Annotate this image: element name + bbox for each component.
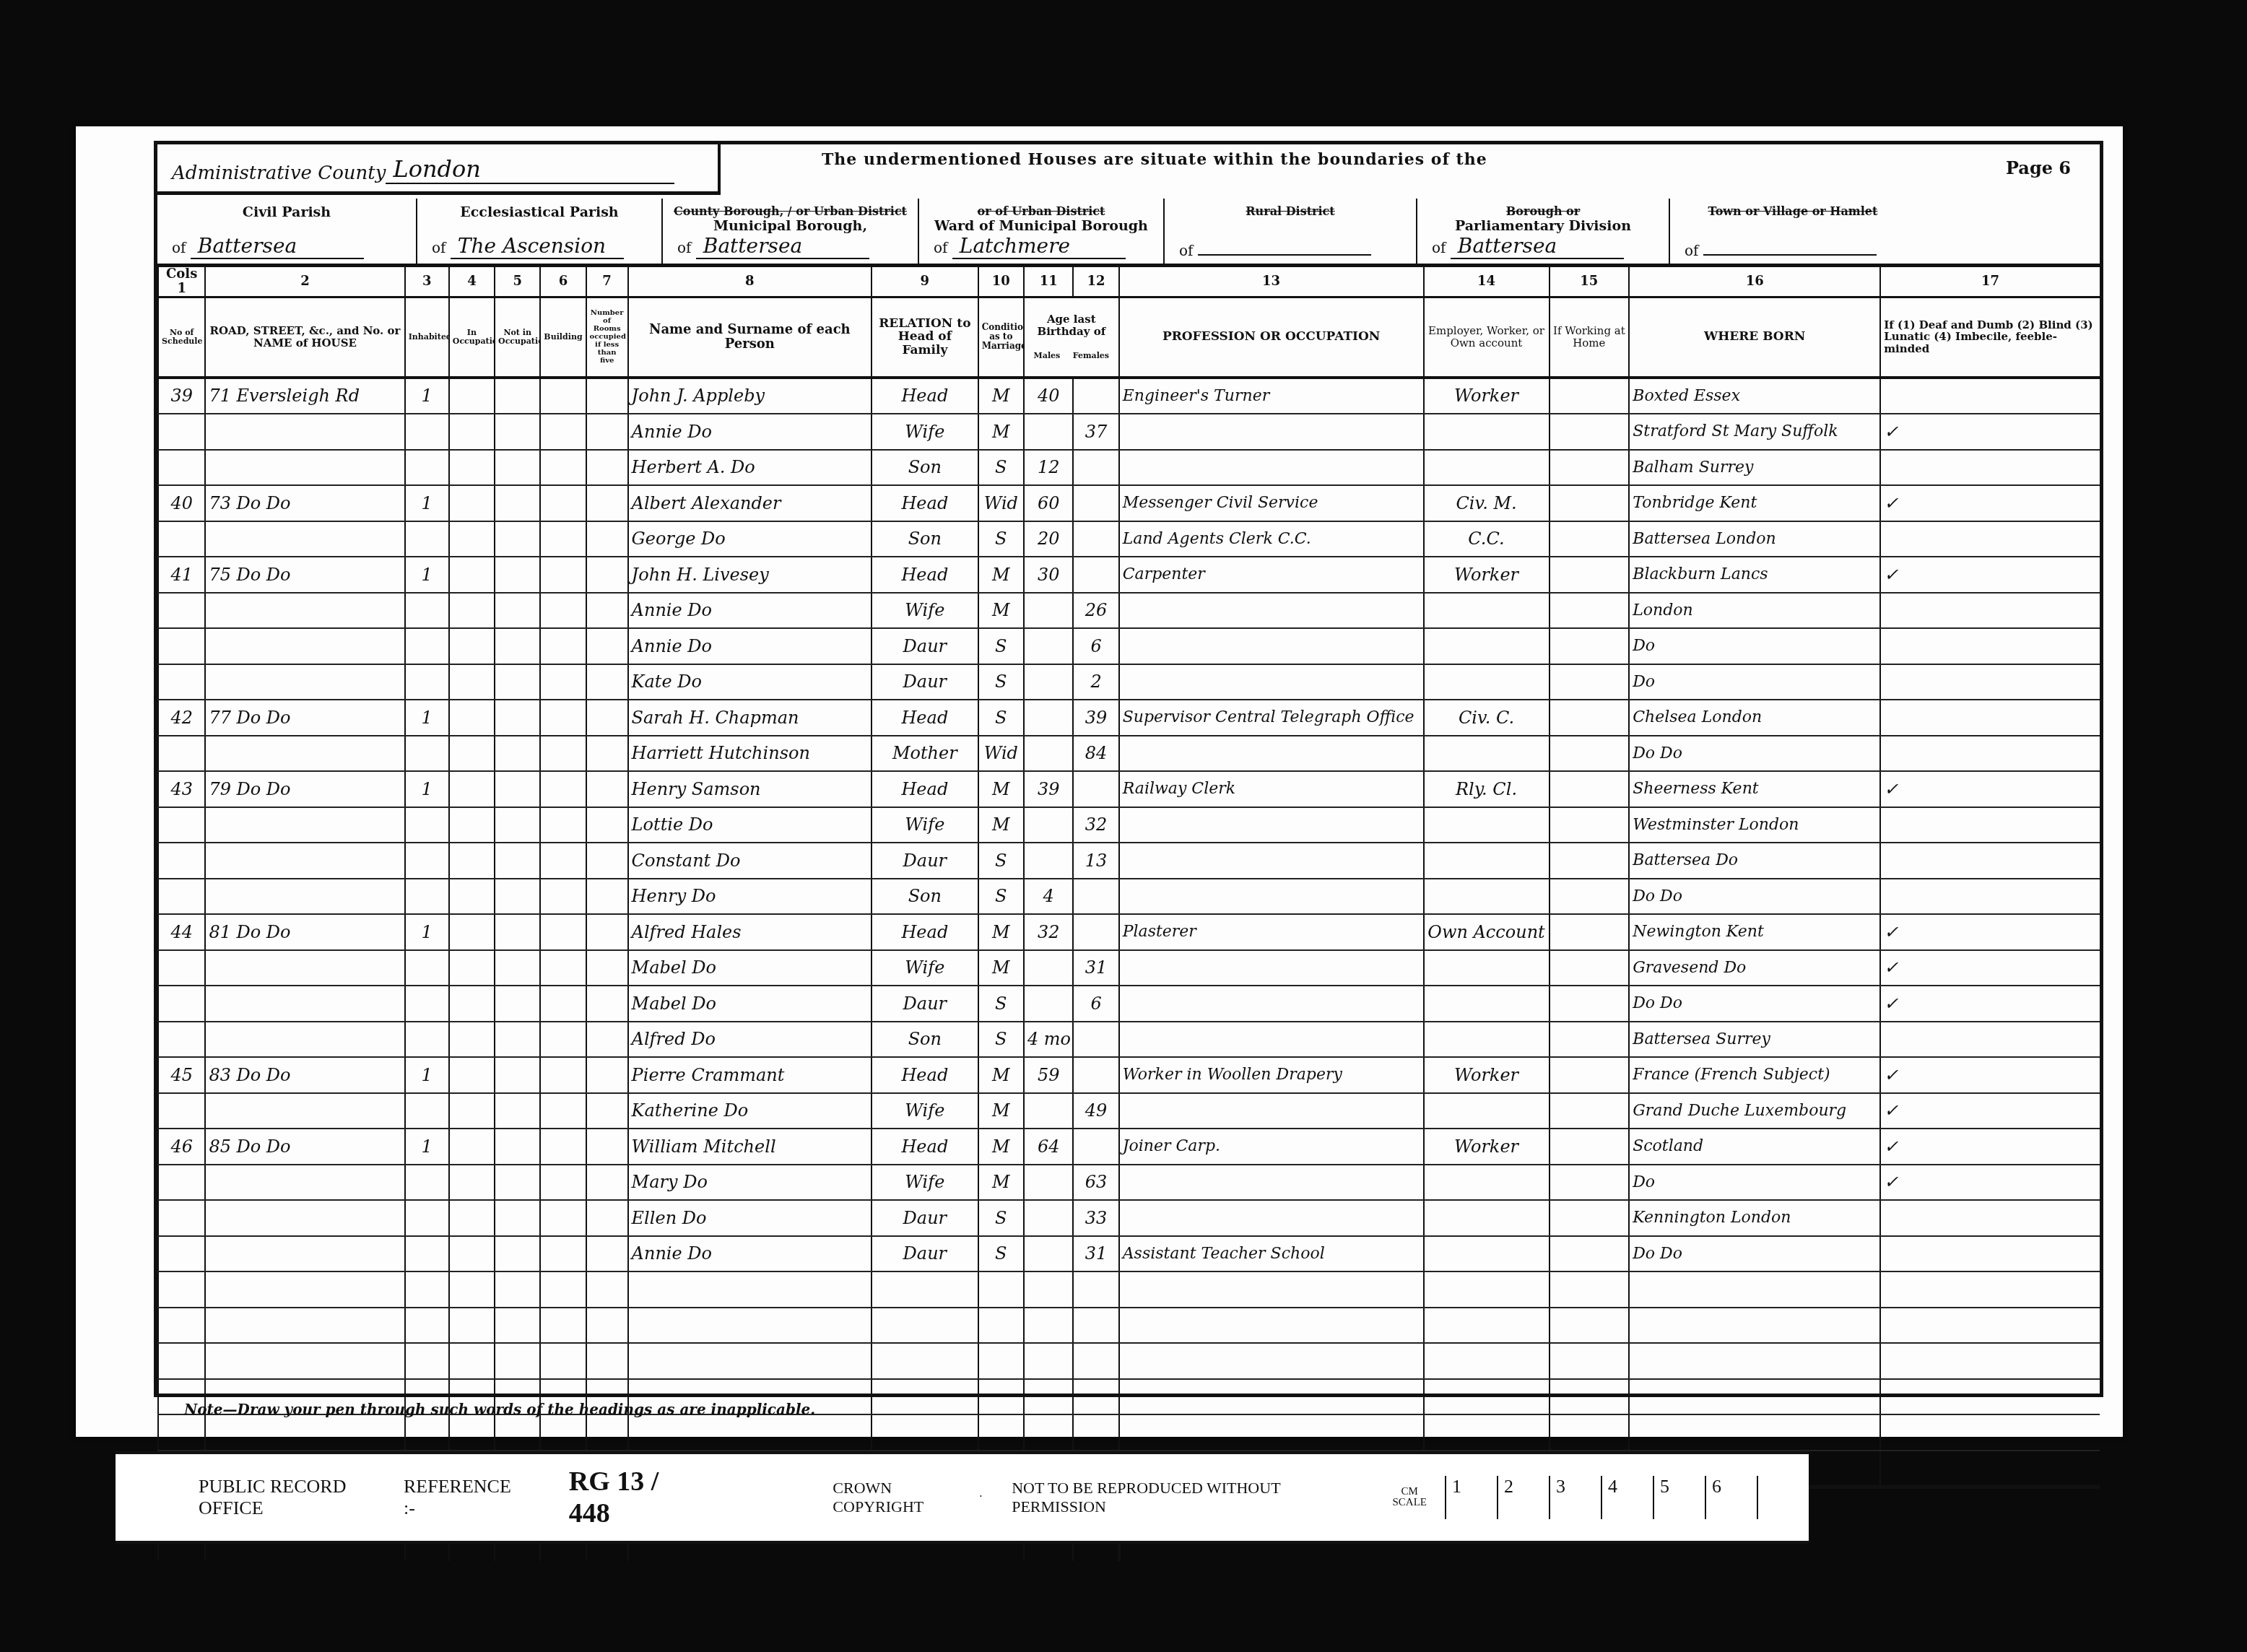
employment-status: Rly. Cl. bbox=[1424, 771, 1550, 807]
person-name: Katherine Do bbox=[628, 1093, 872, 1129]
building bbox=[540, 1022, 586, 1058]
infirmity: ✓ bbox=[1880, 914, 2100, 950]
employment-status: Civ. M. bbox=[1424, 485, 1550, 521]
working-at-home bbox=[1550, 736, 1630, 772]
birthplace: Battersea Surrey bbox=[1629, 1022, 1880, 1058]
building bbox=[540, 914, 586, 950]
person-name: Sarah H. Chapman bbox=[628, 700, 872, 736]
working-at-home bbox=[1550, 521, 1630, 557]
area-value: The Ascension bbox=[451, 234, 624, 259]
employment-status bbox=[1424, 1236, 1550, 1272]
working-at-home bbox=[1550, 1057, 1630, 1093]
male-age: 4 bbox=[1024, 879, 1074, 915]
area-2: County Borough, / or Urban DistrictMunic… bbox=[663, 199, 919, 264]
occupation bbox=[1119, 986, 1424, 1022]
building bbox=[540, 879, 586, 915]
male-age bbox=[1024, 593, 1074, 629]
birthplace: France (French Subject) bbox=[1629, 1057, 1880, 1093]
scale-mark: 2 bbox=[1497, 1476, 1549, 1519]
column-number: 10 bbox=[978, 267, 1024, 297]
female-age bbox=[1073, 378, 1118, 414]
schedule-number: 40 bbox=[158, 485, 205, 521]
address bbox=[205, 1236, 404, 1272]
male-age bbox=[1024, 1200, 1074, 1236]
rooms bbox=[586, 485, 628, 521]
male-age bbox=[1024, 414, 1074, 450]
occupation bbox=[1119, 450, 1424, 486]
employment-status: Worker bbox=[1424, 1129, 1550, 1165]
table-row: Henry DoSonS4Do Do bbox=[158, 879, 2100, 915]
building bbox=[540, 664, 586, 700]
table-row: Mabel DoDaurS6Do Do✓ bbox=[158, 986, 2100, 1022]
area-value: Latchmere bbox=[952, 234, 1126, 259]
employment-status bbox=[1424, 1022, 1550, 1058]
header-employer: Employer, Worker, or Own account bbox=[1424, 297, 1550, 378]
area-label: Parliamentary Division bbox=[1417, 218, 1669, 234]
working-at-home bbox=[1550, 378, 1630, 414]
schedule-number bbox=[158, 1271, 205, 1308]
rooms bbox=[586, 914, 628, 950]
column-number: 16 bbox=[1629, 267, 1880, 297]
address: 81 Do Do bbox=[205, 914, 404, 950]
employment-status bbox=[1424, 1093, 1550, 1129]
address bbox=[205, 879, 404, 915]
table-row: Annie DoDaurS31Assistant Teacher SchoolD… bbox=[158, 1236, 2100, 1272]
working-at-home bbox=[1550, 771, 1630, 807]
inhabited-count bbox=[405, 450, 449, 486]
inhabited-count bbox=[405, 593, 449, 629]
female-age bbox=[1073, 485, 1118, 521]
marital-condition: M bbox=[978, 1093, 1024, 1129]
address bbox=[205, 1308, 404, 1344]
marital-condition: M bbox=[978, 557, 1024, 593]
schedule-number: 41 bbox=[158, 557, 205, 593]
in-occupation bbox=[449, 950, 495, 986]
male-age: 4 mo bbox=[1024, 1022, 1074, 1058]
office-label: PUBLIC RECORD OFFICE bbox=[199, 1476, 364, 1519]
schedule-number bbox=[158, 807, 205, 843]
rooms bbox=[586, 1022, 628, 1058]
address bbox=[205, 414, 404, 450]
male-age: 20 bbox=[1024, 521, 1074, 557]
marital-condition: S bbox=[978, 1200, 1024, 1236]
in-occupation bbox=[449, 521, 495, 557]
birthplace bbox=[1629, 1271, 1880, 1308]
rooms bbox=[586, 807, 628, 843]
employment-status: C.C. bbox=[1424, 521, 1550, 557]
working-at-home bbox=[1550, 1343, 1630, 1379]
marital-condition bbox=[978, 1379, 1024, 1415]
birthplace: Westminster London bbox=[1629, 807, 1880, 843]
address bbox=[205, 593, 404, 629]
working-at-home bbox=[1550, 879, 1630, 915]
rooms bbox=[586, 378, 628, 414]
cm-scale: 123456 bbox=[1445, 1476, 1809, 1519]
table-row: Alfred DoSonS4 moBattersea Surrey bbox=[158, 1022, 2100, 1058]
employment-status bbox=[1424, 628, 1550, 664]
working-at-home bbox=[1550, 557, 1630, 593]
female-age bbox=[1073, 1308, 1118, 1344]
marital-condition bbox=[978, 1271, 1024, 1308]
table-row: 3971 Eversleigh Rd1John J. ApplebyHeadM4… bbox=[158, 378, 2100, 414]
column-number: 8 bbox=[628, 267, 872, 297]
area-label: Ward of Municipal Borough bbox=[919, 218, 1163, 234]
working-at-home bbox=[1550, 914, 1630, 950]
inhabited-count bbox=[405, 628, 449, 664]
not-in-occupation bbox=[495, 521, 540, 557]
building bbox=[540, 1200, 586, 1236]
marital-condition: S bbox=[978, 1236, 1024, 1272]
employment-status bbox=[1424, 879, 1550, 915]
in-occupation bbox=[449, 843, 495, 879]
not-in-occupation bbox=[495, 485, 540, 521]
area-4: Rural Districtof bbox=[1165, 199, 1417, 264]
rooms bbox=[586, 414, 628, 450]
occupation bbox=[1119, 950, 1424, 986]
relation bbox=[872, 1308, 978, 1344]
area-value bbox=[1703, 254, 1877, 256]
relation bbox=[872, 1379, 978, 1415]
employment-status bbox=[1424, 1343, 1550, 1379]
relation bbox=[872, 1271, 978, 1308]
address: 77 Do Do bbox=[205, 700, 404, 736]
building bbox=[540, 843, 586, 879]
person-name: Harriett Hutchinson bbox=[628, 736, 872, 772]
employment-status bbox=[1424, 1200, 1550, 1236]
column-number: 11 bbox=[1024, 267, 1074, 297]
header-building: Building bbox=[540, 297, 586, 378]
infirmity bbox=[1880, 807, 2100, 843]
header-age-label: Age last Birthday of bbox=[1027, 313, 1116, 337]
inhabited-count bbox=[405, 1022, 449, 1058]
infirmity: ✓ bbox=[1880, 485, 2100, 521]
birthplace bbox=[1629, 1379, 1880, 1415]
schedule-number bbox=[158, 736, 205, 772]
not-in-occupation bbox=[495, 1236, 540, 1272]
not-in-occupation bbox=[495, 1343, 540, 1379]
table-row: 4277 Do Do1Sarah H. ChapmanHeadS39Superv… bbox=[158, 700, 2100, 736]
male-age: 60 bbox=[1024, 485, 1074, 521]
in-occupation bbox=[449, 1200, 495, 1236]
not-in-occupation bbox=[495, 843, 540, 879]
person-name bbox=[628, 1414, 872, 1451]
inhabited-count bbox=[405, 1343, 449, 1379]
address bbox=[205, 986, 404, 1022]
relation: Head bbox=[872, 1129, 978, 1165]
in-occupation bbox=[449, 986, 495, 1022]
header-not-in-occupation: Not in Occupation bbox=[495, 297, 540, 378]
table-row: 4583 Do Do1Pierre CrammantHeadM59Worker … bbox=[158, 1057, 2100, 1093]
marital-condition: M bbox=[978, 771, 1024, 807]
relation: Mother bbox=[872, 736, 978, 772]
marital-condition: S bbox=[978, 664, 1024, 700]
rooms bbox=[586, 664, 628, 700]
person-name: Alfred Do bbox=[628, 1022, 872, 1058]
employment-status bbox=[1424, 1414, 1550, 1451]
building bbox=[540, 378, 586, 414]
schedule-number bbox=[158, 843, 205, 879]
area-struck-text: Rural District bbox=[1165, 204, 1416, 218]
table-row bbox=[158, 1271, 2100, 1308]
employment-status bbox=[1424, 664, 1550, 700]
person-name: John H. Livesey bbox=[628, 557, 872, 593]
birthplace: Do bbox=[1629, 664, 1880, 700]
relation: Wife bbox=[872, 807, 978, 843]
birthplace: Do Do bbox=[1629, 879, 1880, 915]
not-in-occupation bbox=[495, 1165, 540, 1201]
schedule-number bbox=[158, 986, 205, 1022]
inhabited-count bbox=[405, 879, 449, 915]
male-age bbox=[1024, 628, 1074, 664]
occupation bbox=[1119, 1200, 1424, 1236]
female-age bbox=[1073, 879, 1118, 915]
person-name: Lottie Do bbox=[628, 807, 872, 843]
female-age: 2 bbox=[1073, 664, 1118, 700]
female-age bbox=[1073, 521, 1118, 557]
occupation: Supervisor Central Telegraph Office bbox=[1119, 700, 1424, 736]
column-number: 14 bbox=[1424, 267, 1550, 297]
rooms bbox=[586, 593, 628, 629]
header-infirmity: If (1) Deaf and Dumb (2) Blind (3) Lunat… bbox=[1880, 297, 2100, 378]
table-row: Annie DoWifeM37Stratford St Mary Suffolk… bbox=[158, 414, 2100, 450]
area-1: Ecclesiastical Parishof The Ascension bbox=[417, 199, 663, 264]
occupation: Messenger Civil Service bbox=[1119, 485, 1424, 521]
header-at-home: If Working at Home bbox=[1550, 297, 1630, 378]
rooms bbox=[586, 1271, 628, 1308]
marital-condition: S bbox=[978, 1022, 1024, 1058]
infirmity bbox=[1880, 378, 2100, 414]
marital-condition: M bbox=[978, 1057, 1024, 1093]
reference-label: REFERENCE :- bbox=[404, 1476, 511, 1519]
marital-condition: M bbox=[978, 1129, 1024, 1165]
female-age bbox=[1073, 1057, 1118, 1093]
person-name: Constant Do bbox=[628, 843, 872, 879]
building bbox=[540, 1236, 586, 1272]
header-relation: RELATION to Head of Family bbox=[872, 297, 978, 378]
table-row: George DoSonS20Land Agents Clerk C.C.C.C… bbox=[158, 521, 2100, 557]
birthplace: Kennington London bbox=[1629, 1200, 1880, 1236]
male-age bbox=[1024, 1308, 1074, 1344]
working-at-home bbox=[1550, 1093, 1630, 1129]
table-row: 4685 Do Do1William MitchellHeadM64Joiner… bbox=[158, 1129, 2100, 1165]
table-row: 4379 Do Do1Henry SamsonHeadM39Railway Cl… bbox=[158, 771, 2100, 807]
employment-status: Worker bbox=[1424, 1057, 1550, 1093]
building bbox=[540, 521, 586, 557]
relation: Daur bbox=[872, 628, 978, 664]
inhabited-count bbox=[405, 414, 449, 450]
infirmity bbox=[1880, 1343, 2100, 1379]
infirmity bbox=[1880, 450, 2100, 486]
in-occupation bbox=[449, 593, 495, 629]
birthplace: Blackburn Lancs bbox=[1629, 557, 1880, 593]
marital-condition: M bbox=[978, 807, 1024, 843]
person-name: John J. Appleby bbox=[628, 378, 872, 414]
address bbox=[205, 1200, 404, 1236]
inhabited-count: 1 bbox=[405, 557, 449, 593]
male-age bbox=[1024, 1379, 1074, 1415]
inhabited-count bbox=[405, 736, 449, 772]
male-age: 32 bbox=[1024, 914, 1074, 950]
column-number: 5 bbox=[495, 267, 540, 297]
female-age: 26 bbox=[1073, 593, 1118, 629]
header-where-born: WHERE BORN bbox=[1629, 297, 1880, 378]
employment-status: Civ. C. bbox=[1424, 700, 1550, 736]
marital-condition: S bbox=[978, 628, 1024, 664]
male-age: 64 bbox=[1024, 1129, 1074, 1165]
female-age bbox=[1073, 1022, 1118, 1058]
schedule-number: 44 bbox=[158, 914, 205, 950]
column-number: 17 bbox=[1880, 267, 2100, 297]
person-name: Herbert A. Do bbox=[628, 450, 872, 486]
administrative-county: Administrative County London bbox=[157, 144, 721, 195]
employment-status bbox=[1424, 1379, 1550, 1415]
header-occupation: PROFESSION OR OCCUPATION bbox=[1119, 297, 1424, 378]
birthplace: Battersea Do bbox=[1629, 843, 1880, 879]
inhabited-count bbox=[405, 986, 449, 1022]
female-age: 32 bbox=[1073, 807, 1118, 843]
male-age bbox=[1024, 1236, 1074, 1272]
relation: Wife bbox=[872, 950, 978, 986]
building bbox=[540, 557, 586, 593]
not-in-occupation bbox=[495, 950, 540, 986]
in-occupation bbox=[449, 557, 495, 593]
working-at-home bbox=[1550, 1379, 1630, 1415]
person-name: Mabel Do bbox=[628, 986, 872, 1022]
header-name: Name and Surname of each Person bbox=[628, 297, 872, 378]
male-age bbox=[1024, 986, 1074, 1022]
in-occupation bbox=[449, 628, 495, 664]
person-name: Alfred Hales bbox=[628, 914, 872, 950]
table-row: Ellen DoDaurS33Kennington London bbox=[158, 1200, 2100, 1236]
address: 85 Do Do bbox=[205, 1129, 404, 1165]
relation: Son bbox=[872, 1022, 978, 1058]
rooms bbox=[586, 1165, 628, 1201]
address bbox=[205, 736, 404, 772]
header-address: ROAD, STREET, &c., and No. or NAME of HO… bbox=[205, 297, 404, 378]
address: 75 Do Do bbox=[205, 557, 404, 593]
inhabited-count: 1 bbox=[405, 1129, 449, 1165]
table-row: 4175 Do Do1John H. LiveseyHeadM30Carpent… bbox=[158, 557, 2100, 593]
relation: Head bbox=[872, 914, 978, 950]
rooms bbox=[586, 1093, 628, 1129]
person-name bbox=[628, 1308, 872, 1344]
marital-condition: M bbox=[978, 950, 1024, 986]
address bbox=[205, 807, 404, 843]
building bbox=[540, 950, 586, 986]
occupation bbox=[1119, 1414, 1424, 1451]
marital-condition: S bbox=[978, 521, 1024, 557]
column-number: 2 bbox=[205, 267, 404, 297]
inhabited-count bbox=[405, 1308, 449, 1344]
occupation: Assistant Teacher School bbox=[1119, 1236, 1424, 1272]
column-number: 4 bbox=[449, 267, 495, 297]
person-name: Kate Do bbox=[628, 664, 872, 700]
female-age: 33 bbox=[1073, 1200, 1118, 1236]
column-number: 7 bbox=[586, 267, 628, 297]
infirmity bbox=[1880, 521, 2100, 557]
building bbox=[540, 1271, 586, 1308]
separator: · bbox=[979, 1491, 983, 1504]
header-females: Females bbox=[1073, 352, 1109, 360]
relation: Son bbox=[872, 450, 978, 486]
infirmity bbox=[1880, 1379, 2100, 1415]
relation: Wife bbox=[872, 593, 978, 629]
working-at-home bbox=[1550, 843, 1630, 879]
working-at-home bbox=[1550, 450, 1630, 486]
address bbox=[205, 450, 404, 486]
not-in-occupation bbox=[495, 450, 540, 486]
working-at-home bbox=[1550, 1236, 1630, 1272]
not-in-occupation bbox=[495, 1308, 540, 1344]
person-name: Henry Do bbox=[628, 879, 872, 915]
in-occupation bbox=[449, 736, 495, 772]
not-in-occupation bbox=[495, 1093, 540, 1129]
building bbox=[540, 485, 586, 521]
birthplace: Tonbridge Kent bbox=[1629, 485, 1880, 521]
marital-condition: S bbox=[978, 843, 1024, 879]
male-age: 12 bbox=[1024, 450, 1074, 486]
schedule-number bbox=[158, 1165, 205, 1201]
inhabited-count bbox=[405, 807, 449, 843]
in-occupation bbox=[449, 1165, 495, 1201]
column-number: 13 bbox=[1119, 267, 1424, 297]
working-at-home bbox=[1550, 1165, 1630, 1201]
rooms bbox=[586, 628, 628, 664]
birthplace: Do Do bbox=[1629, 736, 1880, 772]
working-at-home bbox=[1550, 986, 1630, 1022]
birthplace: Grand Duche Luxembourg bbox=[1629, 1093, 1880, 1129]
not-in-occupation bbox=[495, 914, 540, 950]
birthplace: Battersea London bbox=[1629, 521, 1880, 557]
building bbox=[540, 1057, 586, 1093]
inhabited-count: 1 bbox=[405, 485, 449, 521]
rooms bbox=[586, 521, 628, 557]
schedule-number bbox=[158, 1414, 205, 1451]
header-in-occupation: In Occupation bbox=[449, 297, 495, 378]
area-label: Ecclesiastical Parish bbox=[417, 204, 661, 220]
infirmity bbox=[1880, 593, 2100, 629]
address bbox=[205, 628, 404, 664]
area-value-line: of Battersea bbox=[677, 234, 869, 259]
building bbox=[540, 1343, 586, 1379]
column-number: 12 bbox=[1073, 267, 1118, 297]
admin-county-value: London bbox=[386, 155, 674, 184]
male-age bbox=[1024, 843, 1074, 879]
in-occupation bbox=[449, 914, 495, 950]
permission-label: NOT TO BE REPRODUCED WITHOUT PERMISSION bbox=[1012, 1479, 1291, 1516]
address: 73 Do Do bbox=[205, 485, 404, 521]
area-value: Battersea bbox=[1451, 234, 1624, 259]
header-age: Age last Birthday of Males Females bbox=[1024, 297, 1119, 378]
person-name: Mabel Do bbox=[628, 950, 872, 986]
occupation bbox=[1119, 1165, 1424, 1201]
birthplace: Do bbox=[1629, 1165, 1880, 1201]
working-at-home bbox=[1550, 1200, 1630, 1236]
person-name: George Do bbox=[628, 521, 872, 557]
infirmity bbox=[1880, 1451, 2100, 1487]
relation: Wife bbox=[872, 414, 978, 450]
relation: Head bbox=[872, 771, 978, 807]
area-value-line: of bbox=[1685, 242, 1877, 259]
occupation: Land Agents Clerk C.C. bbox=[1119, 521, 1424, 557]
form-title: The undermentioned Houses are situate wi… bbox=[822, 150, 1487, 169]
not-in-occupation bbox=[495, 807, 540, 843]
marital-condition: S bbox=[978, 986, 1024, 1022]
female-age bbox=[1073, 914, 1118, 950]
occupation bbox=[1119, 879, 1424, 915]
employment-status bbox=[1424, 843, 1550, 879]
column-number: 6 bbox=[540, 267, 586, 297]
